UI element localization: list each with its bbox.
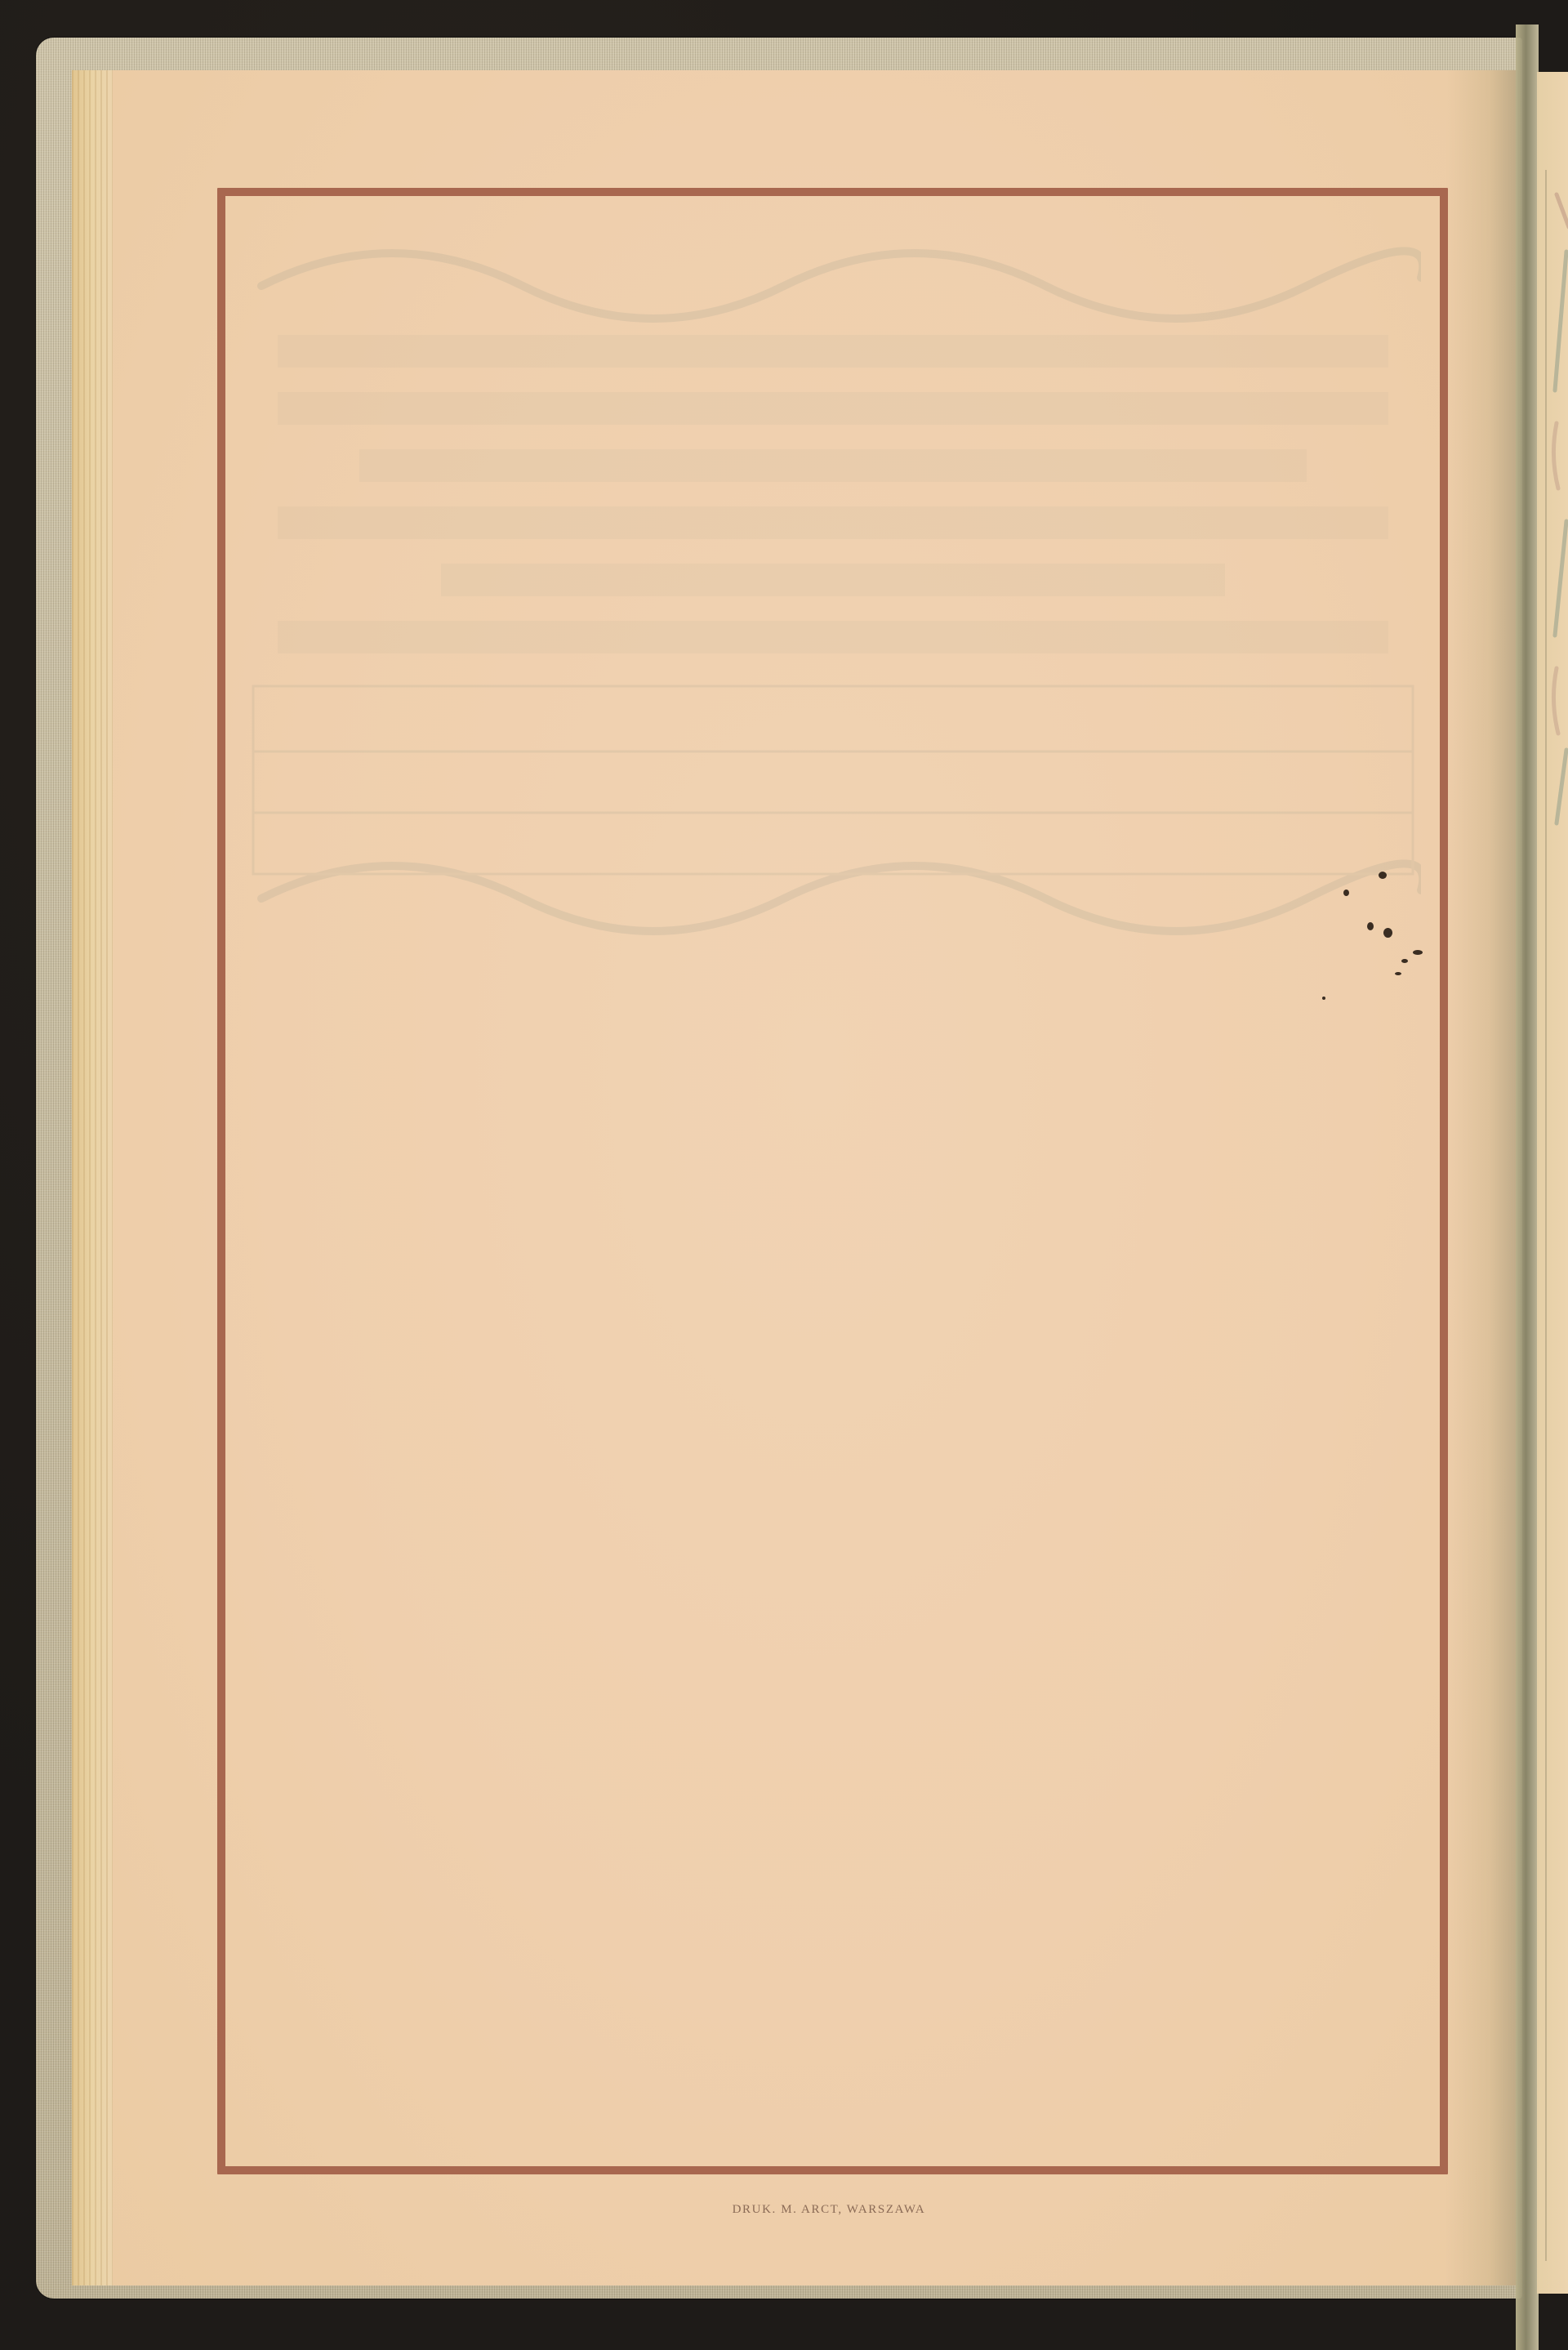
page-border-frame (217, 188, 1448, 2174)
facing-page-ornament (1548, 178, 1568, 832)
foxing-spot (1395, 972, 1401, 975)
foxing-spot (1401, 959, 1408, 963)
foxing-spot (1383, 928, 1392, 938)
foxing-spot (1413, 950, 1423, 955)
printer-imprint: DRUK. M. ARCT, WARSZAWA (0, 2203, 1568, 2217)
foxing-spot (1379, 872, 1387, 879)
stacked-page-edges (72, 70, 114, 2285)
foxing-spot (1343, 890, 1349, 896)
facing-page-edge (1537, 72, 1568, 2294)
foxing-spot (1367, 922, 1374, 930)
foxing-spot (1322, 997, 1325, 1000)
book-spine-gutter (1516, 25, 1539, 2350)
facing-page-rule (1545, 170, 1547, 2261)
